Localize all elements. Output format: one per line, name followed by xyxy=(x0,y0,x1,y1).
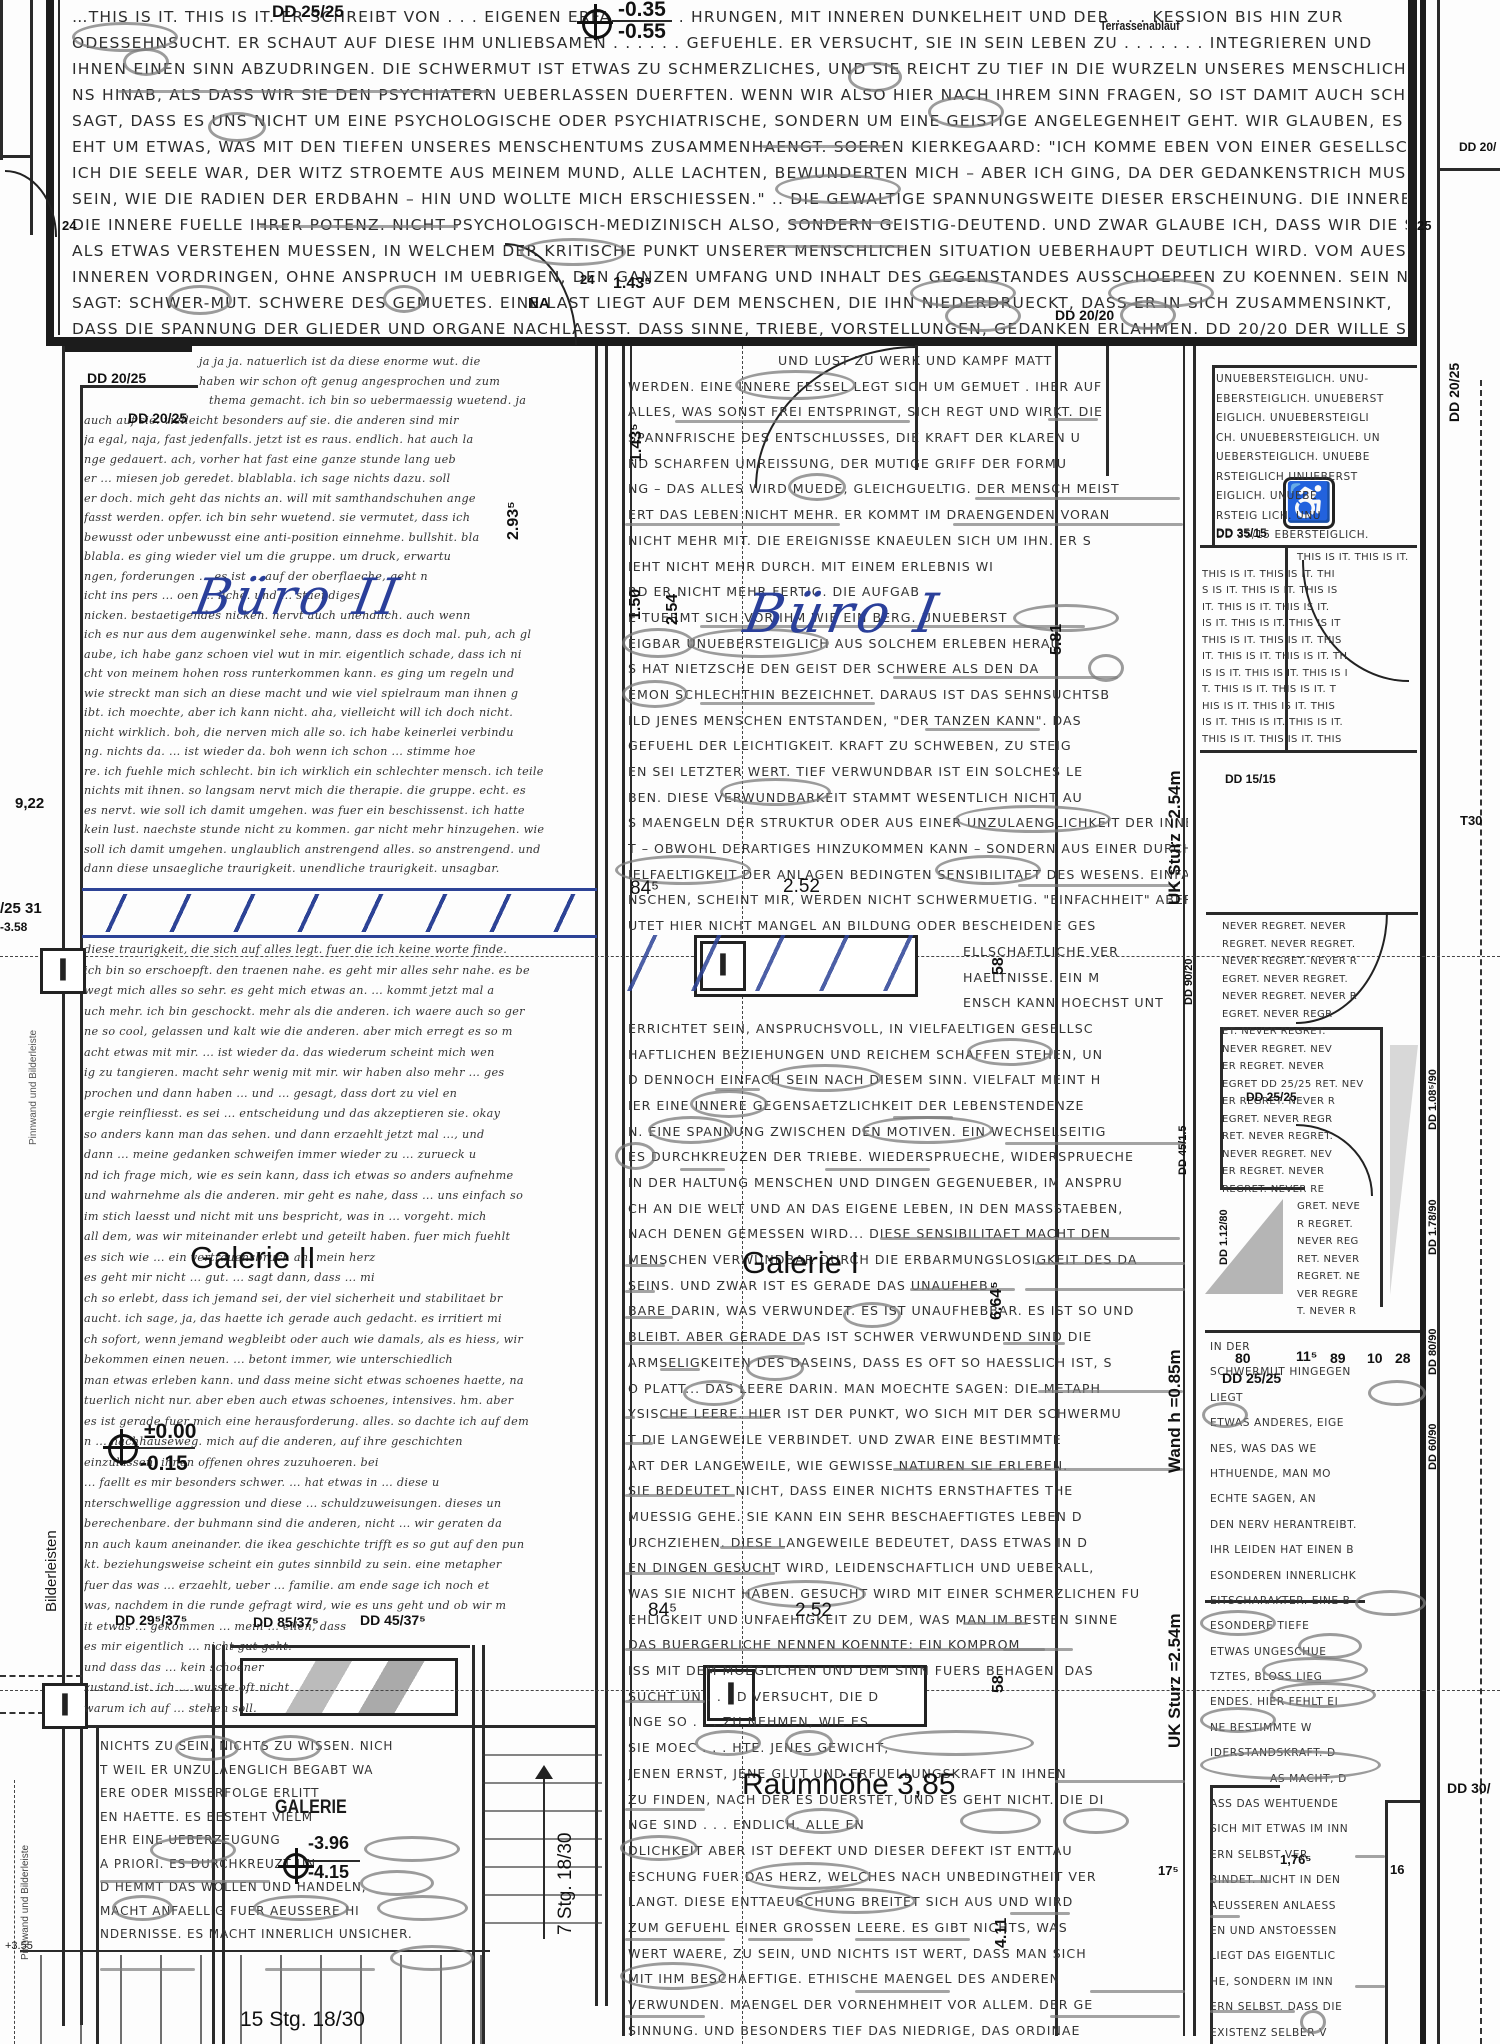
pencil-oval xyxy=(1200,1750,1381,1780)
text-line: NES, WAS DAS WE xyxy=(1210,1437,1385,1462)
dim-label: UK Sturz =2.54m xyxy=(1165,770,1185,905)
wall-top-room-inner-left xyxy=(58,0,60,335)
text-line: cht von meinem hohen ross runterkommen k… xyxy=(84,664,594,684)
text-line: SEINS. UND ZWAR IST ES GERADE DAS UNAUFH… xyxy=(628,1273,1188,1299)
pencil-oval xyxy=(955,805,1111,833)
text-line: VER REGRE xyxy=(1222,1286,1382,1304)
text-line: es mir eigentlich ... nicht gut geht. xyxy=(84,1637,594,1658)
pencil-underline xyxy=(675,420,910,423)
wall-buero-ii-left-inner xyxy=(80,385,83,2025)
pencil-underline xyxy=(100,1880,270,1883)
pencil-oval xyxy=(967,1038,1053,1066)
wall-far-left-a xyxy=(0,0,3,160)
pencil-underline xyxy=(1090,1990,1185,1993)
text-line: soll ich damit umgehen. unglaublich anst… xyxy=(84,840,594,860)
pencil-oval xyxy=(768,1064,882,1092)
text-line: zustand ist. ich ... wusste oft nicht xyxy=(84,1678,594,1699)
dim-label: 58 xyxy=(990,1675,1008,1693)
text-line: ET. NEVER REGRET. xyxy=(1222,1023,1382,1041)
pencil-underline xyxy=(625,1442,653,1445)
dim-label: 84⁵ xyxy=(648,1600,677,1622)
text-line: MENSCHEN VERWUNDBAR DURCH DIE ERBARMUNGS… xyxy=(628,1247,1188,1273)
pencil-underline xyxy=(1355,1985,1385,1988)
text-line: ich es nur aus dem augenwinkel sehe. man… xyxy=(84,625,594,645)
text-line: ISS MIT DEM MOEGLICHEN UND DEM SINN FUER… xyxy=(628,1658,1188,1684)
text-line: IN DER HALTUNG MENSCHEN UND DINGEN GEGEN… xyxy=(628,1170,1188,1196)
text-line: ASS DAS WEHTUENDE xyxy=(1210,1792,1385,1817)
door-label: DD 60/90 xyxy=(1427,1424,1439,1470)
pencil-underline xyxy=(720,1546,785,1549)
text-line: nn auch kaum aneinander. die ikea geschi… xyxy=(84,1535,594,1556)
dim-label: 6.64⁵ xyxy=(988,1281,1006,1320)
axis-vertical-left xyxy=(14,1780,15,2044)
pencil-oval xyxy=(208,112,266,142)
room-label-galerie: GALERIE xyxy=(275,1797,347,1819)
pencil-oval xyxy=(620,1962,726,1990)
text-line: T DIE LANGEWEILE VERBINDET. UND ZWAR EIN… xyxy=(628,1427,1188,1453)
pencil-oval xyxy=(690,1090,768,1118)
pencil-oval xyxy=(788,473,846,501)
wall-right-room-box-l xyxy=(1212,365,1215,545)
door-label: DD 80/90 xyxy=(1427,1329,1439,1375)
pencil-oval xyxy=(848,62,902,92)
pencil-underline xyxy=(953,523,1183,526)
text-line: NEVER REGRET. NEV xyxy=(1222,1146,1382,1164)
dash-line-1 xyxy=(0,1675,82,1677)
text-line: UND LUST ZU WERK UND KAMPF MATT xyxy=(628,348,1188,374)
text-line: EIGLICH. UNUEBERSTEIGLI xyxy=(1216,409,1411,429)
text-line: ART DER LANGEWEILE, WIE GEWISSE NATUREN … xyxy=(628,1453,1188,1479)
text-line: RET. NEVER xyxy=(1222,1251,1382,1269)
door-label: DD 20/25 xyxy=(87,370,146,386)
pencil-oval xyxy=(1200,1610,1276,1636)
pencil-underline xyxy=(625,1648,1045,1651)
wall-top-room-right xyxy=(1408,0,1417,346)
text-line: es geht mir nicht ... gut. ... sagt dann… xyxy=(84,1268,594,1289)
pencil-oval xyxy=(377,1895,468,1921)
dim-label: 1.43⁵ xyxy=(613,275,652,293)
text-line: WERDEN. EINE INNERE FESSEL LEGT SICH UM … xyxy=(628,374,1188,400)
pencil-underline xyxy=(625,1700,705,1703)
pencil-underline xyxy=(788,221,893,224)
wall-wc-box-b xyxy=(1200,750,1417,753)
text-line: ERN SELBST. DASS DIE xyxy=(1210,1995,1385,2020)
level-galerie-lower: -4.15 xyxy=(308,1862,349,1883)
text-line: tuerlich nicht nur. aber eben auch etwas… xyxy=(84,1391,594,1412)
pencil-underline xyxy=(625,523,840,526)
pencil-underline xyxy=(625,1808,705,1811)
room-label-galerie-ii: Galerie II xyxy=(190,1240,316,1276)
text-line: dann diese unsaegliche traurigkeit. unen… xyxy=(84,859,594,879)
text-line: ibt. ich moechte, aber ich kann nicht. a… xyxy=(84,703,594,723)
text-line: IS IT. THIS IS IT. THIS IS IT. xyxy=(1202,715,1414,732)
text-line: RET. NEVER REGRET. xyxy=(1222,1128,1382,1146)
pencil-underline xyxy=(715,1088,760,1091)
pencil-oval xyxy=(1063,1808,1129,1834)
dim-label: 25 xyxy=(1417,218,1431,233)
dim-label: NA xyxy=(528,295,550,312)
wall-right-outer-c xyxy=(1440,168,1500,171)
text-line: wegt mich alles so sehr. es geht mich et… xyxy=(84,981,594,1002)
door-label: DD 1.12/80 xyxy=(1218,1209,1230,1265)
level-marker-galerie-ii xyxy=(108,1434,138,1464)
level-galerie-ii-bar xyxy=(135,1447,195,1449)
pencil-underline xyxy=(625,1572,775,1575)
text-line: R REGRET. xyxy=(1222,1216,1382,1234)
level-marker-top xyxy=(582,9,612,39)
text-line: GRET. NEVE xyxy=(1222,1198,1382,1216)
text-line: nd ich frage mich, wie es sein kann, das… xyxy=(84,1166,594,1187)
text-line: URCHZIEHEN. DIESE LANGEWEILE BEDEUTET, D… xyxy=(628,1530,1188,1556)
door-label: DD 45/37⁵ xyxy=(360,1612,426,1628)
wall-top-room-left xyxy=(46,0,54,345)
text-line: IEHT NICHT MEHR DURCH. MIT EINEM ERLEBNI… xyxy=(628,554,1188,580)
text-line: es sich wie ... ein vertrauensbruch an. … xyxy=(84,1248,594,1269)
side-note-pinnwand-top: Pinnwand und Bilderleiste xyxy=(28,1030,39,1145)
dim-label: 1,76⁵ xyxy=(1280,1852,1311,1867)
text-line: NDERNISSE. ES MACHT INNERLICH UNSICHER. xyxy=(100,1923,480,1945)
text-line: IT. THIS IS IT. THIS IS IT. xyxy=(1202,600,1414,617)
pencil-oval xyxy=(785,1808,859,1834)
pencil-underline xyxy=(975,497,1180,500)
text-line: ARMSELIGKEITEN DES DASEINS, DASS ES OFT … xyxy=(628,1350,1188,1376)
text-line: REGRET. NEVER RE xyxy=(1222,1181,1382,1199)
pencil-oval xyxy=(615,1142,656,1170)
pencil-underline xyxy=(1035,1262,1185,1265)
dim-label: 16 xyxy=(1390,1862,1404,1877)
text-line: und dass das ... kein schoener xyxy=(84,1658,594,1679)
door-label: DD 15/15 xyxy=(1225,772,1276,786)
dim-label: 1.50 xyxy=(627,589,645,620)
wall-right-room-box-b xyxy=(1200,545,1417,548)
pencil-underline xyxy=(625,1342,805,1345)
text-line: man etwas erleben kann. und dass meine s… xyxy=(84,1371,594,1392)
text-line: NEVER REGRET. NEVER xyxy=(1222,918,1382,936)
pencil-underline xyxy=(893,1116,953,1119)
wall-right-room-box xyxy=(1212,365,1417,368)
level-marker-galerie xyxy=(283,1853,309,1879)
pencil-underline xyxy=(625,1316,673,1319)
text-line: kt. beziehungsweise scheint ein gutes si… xyxy=(84,1555,594,1576)
text-line: er ... miesen job geredet. blablabla. ic… xyxy=(84,469,594,489)
text-line: S IS IT. THIS IS IT. THIS IS xyxy=(1202,583,1414,600)
pencil-underline xyxy=(855,1990,950,1993)
pencil-oval xyxy=(735,370,856,400)
text-line: ch so erlebt, dass ich jemand sei, der v… xyxy=(84,1289,594,1310)
handwriting-this-is-it-block: THIS IS IT. THIS IS IT. THIS IS IT. THIS… xyxy=(1202,550,1414,750)
text-line: IHNEN EINEN SINN ABZUDRINGEN. DIE SCHWER… xyxy=(72,56,1407,82)
text-line: ENSCH KANN HOECHST UNT xyxy=(628,990,1188,1016)
pencil-underline xyxy=(963,1622,1028,1625)
pencil-underline xyxy=(1025,1288,1185,1291)
text-line: ER REGRET. NEVER xyxy=(1222,1058,1382,1076)
dim-label: -3.58 xyxy=(0,920,27,934)
pencil-oval xyxy=(683,1380,745,1406)
text-line: ND SCHARFEN UMREISSUNG, DER MUTIGE GRIFF… xyxy=(628,451,1188,477)
dim-label: 11⁵ xyxy=(1296,1348,1317,1364)
text-line: DASS DIE SPANNUNG DER GLIEDER UND ORGANE… xyxy=(72,316,1407,336)
dim-label: 9,22 xyxy=(15,795,44,812)
text-line: DLICHKEIT ABER IST DEFEKT UND DIESER DEF… xyxy=(628,1838,1188,1864)
text-line: HAELTNISSE. EIN M xyxy=(628,965,1188,991)
text-line: NEVER REGRET. NEV xyxy=(1222,1041,1382,1059)
text-line: EGRET. NEVER REGR xyxy=(1222,1111,1382,1129)
text-line: fuer das was ... erzaehlt, ueber ... fam… xyxy=(84,1576,594,1597)
text-line: aube, ich habe ganz schoen viel wut in m… xyxy=(84,645,594,665)
text-line: REGRET. NEVER REGRET. xyxy=(1222,936,1382,954)
pencil-underline xyxy=(1038,1390,1183,1393)
wall-right-outer xyxy=(1420,0,1426,2044)
dim-label: 5.81 xyxy=(1048,624,1066,655)
door-label: DD 25/25 xyxy=(1246,1090,1297,1104)
pencil-underline xyxy=(1010,1912,1070,1915)
door-label: DD 45/1.5 xyxy=(1177,1125,1189,1175)
side-note-bilderleisten: Bilderleisten xyxy=(43,1530,60,1612)
text-line: aucht. ich sage, ja, das haette ich gera… xyxy=(84,1309,594,1330)
text-line: RSTEIG LICH. UNU xyxy=(1216,507,1411,527)
text-line: UEBERSTEIGLICH. UNUEBE xyxy=(1216,448,1411,468)
text-line: re. ich fuehle mich schlecht. bin ich wi… xyxy=(84,762,594,782)
pencil-underline xyxy=(625,1290,655,1293)
door-label: DD 25/25 xyxy=(272,2,344,22)
text-line: ergie reinfliesst. es sei ... entscheidu… xyxy=(84,1104,594,1125)
text-line: es nervt. wie soll ich damit umgehen. wa… xyxy=(84,801,594,821)
pencil-oval xyxy=(520,238,626,266)
text-line: T. NEVER R xyxy=(1222,1303,1382,1321)
text-line: SPANNFRISCHE DES ENTSCHLUSSES, DIE KRAFT… xyxy=(628,425,1188,451)
pencil-oval xyxy=(843,1302,901,1328)
pencil-oval xyxy=(878,1730,1034,1756)
pencil-underline xyxy=(100,1968,195,1971)
dim-label: 2.52 xyxy=(795,1600,832,1622)
text-line: acht etwas mit mir. ... ist wieder da. d… xyxy=(84,1043,594,1064)
pencil-oval xyxy=(1120,300,1176,330)
text-line: ILD JENES MENSCHEN ENTSTANDEN, "DER TANZ… xyxy=(628,708,1188,734)
pencil-oval xyxy=(1270,1682,1376,1708)
text-line: ja egal, naja, fast jedenfalls. jetzt is… xyxy=(84,430,594,450)
text-line: UTET HIER NICHT MANGEL AN BILDUNG ODER B… xyxy=(628,913,1188,939)
dim-label: 17⁵ xyxy=(1158,1863,1179,1878)
text-line: uch mehr. ich bin geschockt. mehr als di… xyxy=(84,1002,594,1023)
dim-label: 24 xyxy=(580,272,594,287)
room-label-buero-i: Büro I xyxy=(739,582,945,645)
level-galerie-ii-lower: -0.15 xyxy=(140,1452,188,1476)
text-line: EN UND ANSTOESSEN xyxy=(1210,1919,1385,1944)
dim-label: /25 31 xyxy=(0,900,42,917)
pencil-oval xyxy=(253,1895,349,1921)
text-line: ER REGRET. NEVER xyxy=(1222,1163,1382,1181)
level-galerie-upper: -3.96 xyxy=(308,1833,349,1854)
stairs-label-7: 7 Stg. 18/30 xyxy=(555,1833,577,1935)
text-line: blabla. es ging wieder viel um die grupp… xyxy=(84,547,594,567)
ramp-triangle-2 xyxy=(1390,1045,1418,1295)
pencil-oval xyxy=(935,855,1041,885)
door-label: DD 30/ xyxy=(1447,1780,1491,1796)
pencil-underline xyxy=(1055,1780,1185,1783)
pencil-underline xyxy=(764,245,904,248)
room-label-raumhoehe: Raumhöhe 3,85 xyxy=(742,1768,956,1802)
pencil-underline xyxy=(118,90,488,93)
text-line: EN DINGEN GESUCHT WIRD, LEIDENSCHAFTLICH… xyxy=(628,1555,1188,1581)
pencil-oval xyxy=(945,300,1021,332)
pencil-oval xyxy=(168,285,232,315)
stairs-arrow-line xyxy=(543,1779,545,1939)
text-line: EHLIGKEIT UND UNFAEHIGKEIT ZU DEM, WAS M… xyxy=(628,1607,1188,1633)
wall-buero-ii-left-outer xyxy=(62,346,65,2026)
wall-buero-i-left xyxy=(622,346,625,2036)
text-line: berechenbare. der buhmann sind die ander… xyxy=(84,1514,594,1535)
pencil-oval xyxy=(260,1735,321,1761)
text-line: ESONDEREN INNERLICHK xyxy=(1210,1564,1385,1589)
text-line: RSTEIGLICH UNUEBERST xyxy=(1216,468,1411,488)
text-line: ... faellt es mir besonders schwer. ... … xyxy=(84,1473,594,1494)
pencil-underline xyxy=(700,702,875,705)
level-top-upper: -0.35 xyxy=(618,0,666,22)
text-line: ALS ETWAS VERSTEHEN MUESSEN, IN WELCHEM … xyxy=(72,238,1407,264)
pencil-oval xyxy=(775,174,901,204)
text-line: ig zu tangieren. macht sehr wenig mit mi… xyxy=(84,1063,594,1084)
pencil-underline xyxy=(748,1938,813,1941)
text-line: BLEIBT. ABER GERADE DAS IST SCHWER VERWU… xyxy=(628,1324,1188,1350)
dim-label: 89 xyxy=(1330,1350,1346,1366)
text-line: MUESSIG GEHE. SIE KANN EIN SEHR BESCHAEF… xyxy=(628,1504,1188,1530)
text-line: HE, SONDERN IM INN xyxy=(1210,1970,1385,1995)
pencil-oval xyxy=(112,1895,173,1921)
room-label-galerie-i: Galerie I xyxy=(742,1245,859,1281)
pencil-oval xyxy=(364,1836,460,1862)
text-line: EGRET. NEVER REGR xyxy=(1222,1006,1382,1024)
pencil-oval xyxy=(960,1808,1041,1834)
dim-label: UK Sturz =2.54m xyxy=(1165,1613,1185,1748)
text-line: THIS IS IT. THIS IS IT. xyxy=(1202,550,1414,567)
door-label: DD 85/37⁵ xyxy=(253,1614,319,1630)
dim-label: 4.11 xyxy=(993,1918,1011,1948)
pencil-oval xyxy=(745,1862,871,1890)
door-label: DD 1.78/90 xyxy=(1427,1199,1439,1255)
pencil-oval xyxy=(1200,1707,1276,1733)
text-line: ZUM GEFUEHL EINER GROSSEN LEERE. ES GIBT… xyxy=(628,1915,1188,1941)
text-line: kein lust. naechste stunde nicht zu komm… xyxy=(84,820,594,840)
text-line: WERT WAERE, ZU SEIN, UND NICHTS IST WERT… xyxy=(628,1941,1188,1967)
text-line: nterschwellige aggression und diese ... … xyxy=(84,1494,594,1515)
text-line: im stich laesst und nicht mit uns bespri… xyxy=(84,1207,594,1228)
text-line: SIE BEDEUTET NICHT, DASS EINER NICHTS ER… xyxy=(628,1478,1188,1504)
text-line: NEVER REGRET. NEVER R xyxy=(1222,953,1382,971)
text-line: NICHT MEHR MIT. DIE EREIGNISSE KNAEULEN … xyxy=(628,528,1188,554)
dim-label: 2.52 xyxy=(783,876,820,898)
pencil-underline xyxy=(265,1968,375,1971)
text-line: CH. UNUEBERSTEIGLICH. UN xyxy=(1216,429,1411,449)
wall-lower-right-f xyxy=(1385,1800,1420,1803)
text-line: ja ja ja. natuerlich ist da diese enorme… xyxy=(84,352,594,372)
pencil-oval xyxy=(1298,1633,1362,1659)
door-label: DD 25/25 xyxy=(1222,1370,1281,1386)
door-label: T30 xyxy=(1460,813,1482,828)
text-line: ESCHUNG FUER DAS HERZ, WELCHES NACH UNBE… xyxy=(628,1864,1188,1890)
text-line: GEFUEHL DER LEICHTIGKEIT. KRAFT ZU SCHWE… xyxy=(628,733,1188,759)
text-line: HTHUENDE, MAN MO xyxy=(1210,1462,1385,1487)
pencil-underline xyxy=(680,1168,725,1171)
pencil-oval xyxy=(620,1835,698,1861)
text-line: THIS IS IT. THIS IS IT. THIS xyxy=(1202,732,1414,749)
text-line: nichts mit ihnen. so langsam nervt mich … xyxy=(84,781,594,801)
pencil-underline xyxy=(1018,884,1178,887)
door-label: DD 20/25 xyxy=(1446,363,1462,422)
pencil-oval xyxy=(622,628,694,658)
handwriting-never-regret-block: NEVER REGRET. NEVER REGRET. NEVER REGRET… xyxy=(1222,918,1382,1328)
text-line: SAGT, DASS ES UNS NICHT UM EINE PSYCHOLO… xyxy=(72,108,1407,134)
room-label-terrassenablauf: Terrassenablauf xyxy=(1100,18,1180,33)
text-line: ES DURCHKREUZEN DER TRIEBE. WIEDERSPRUEC… xyxy=(628,1144,1188,1170)
text-line: BEN. DIESE VERWUNDBARKEIT STAMMT WESENTL… xyxy=(628,785,1188,811)
wall-buero-i-right xyxy=(1193,346,1196,2036)
pencil-oval xyxy=(648,1116,734,1144)
stairs-arrow xyxy=(535,1765,553,1779)
pencil-underline xyxy=(625,1264,665,1267)
pencil-oval xyxy=(795,1888,916,1914)
pencil-underline xyxy=(625,2015,705,2018)
door-label: DD 1.08⁵/90 xyxy=(1427,1069,1439,1130)
text-line: EXISTENZ SELBER V xyxy=(1210,2021,1385,2044)
blue-wall-line-bottom xyxy=(82,935,597,938)
text-line: REGRET. NE xyxy=(1222,1268,1382,1286)
dim-label: 84⁵ xyxy=(630,878,659,900)
pencil-oval xyxy=(360,1870,434,1896)
pencil-oval xyxy=(785,1730,833,1756)
text-line: wie streckt man sich an diese macht und … xyxy=(84,684,594,704)
blue-wall-line-top xyxy=(82,888,597,891)
text-line: ich bin so erschoepft. den traenen nahe.… xyxy=(84,961,594,982)
text-line: EN SEI LETZTER WERT. TIEF VERWUNDBAR IST… xyxy=(628,759,1188,785)
text-line: prochen und dann haben ... und ... gesag… xyxy=(84,1084,594,1105)
text-line: dann ... meine gedanken schweifen immer … xyxy=(84,1145,594,1166)
text-line: ch sofort, wenn jemand wegbleibt oder au… xyxy=(84,1330,594,1351)
steel-column-left-lower: I xyxy=(42,1683,88,1729)
level-galerie-ii-upper: ±0.00 xyxy=(144,1420,196,1444)
text-line: so anders kann man das sehen. und dann e… xyxy=(84,1125,594,1146)
pencil-oval xyxy=(390,1945,474,1971)
pencil-oval xyxy=(175,1735,239,1761)
pencil-underline xyxy=(625,1494,735,1497)
dim-label: Wand h =0.85m xyxy=(1165,1349,1185,1473)
pencil-underline xyxy=(1355,1855,1385,1858)
pencil-underline xyxy=(893,1468,1183,1471)
pencil-oval xyxy=(1368,1380,1426,1406)
text-line: IS IT. THIS IS IT. THIS IS IT xyxy=(1202,616,1414,633)
dim-label: 2.93⁵ xyxy=(505,501,523,540)
dim-label: 58 xyxy=(990,957,1008,975)
text-line: T. THIS IS IT. THIS IS IT. T xyxy=(1202,682,1414,699)
pencil-oval xyxy=(1355,1590,1426,1616)
stairs-label-15: 15 Stg. 18/30 xyxy=(240,2008,365,2032)
pencil-oval xyxy=(862,1116,993,1144)
text-line: EGRET. NEVER REGRET. xyxy=(1222,971,1382,989)
dim-label: 80 xyxy=(1235,1350,1251,1366)
text-line: SINNUNG. UND BESONDERS TIEF DAS NIEDRIGE… xyxy=(628,2018,1188,2038)
pencil-underline xyxy=(625,1938,725,1941)
text-line: NEVER REG xyxy=(1222,1233,1382,1251)
dim-label: 10 xyxy=(1367,1350,1383,1366)
wall-lower-right-e xyxy=(1385,1800,1388,2044)
pencil-underline xyxy=(1005,1142,1185,1145)
pencil-underline xyxy=(1210,2010,1295,2013)
text-line: und wahrnehme als die anderen. mir geht … xyxy=(84,1186,594,1207)
text-line: warum ich auf ... stehen soll. xyxy=(84,1699,594,1720)
pencil-underline xyxy=(880,1237,1180,1240)
pencil-underline xyxy=(295,225,458,228)
text-line: T WEIL ER UNZULAENGLICH BEGABT WA xyxy=(100,1759,480,1783)
pencil-oval xyxy=(695,1730,761,1756)
